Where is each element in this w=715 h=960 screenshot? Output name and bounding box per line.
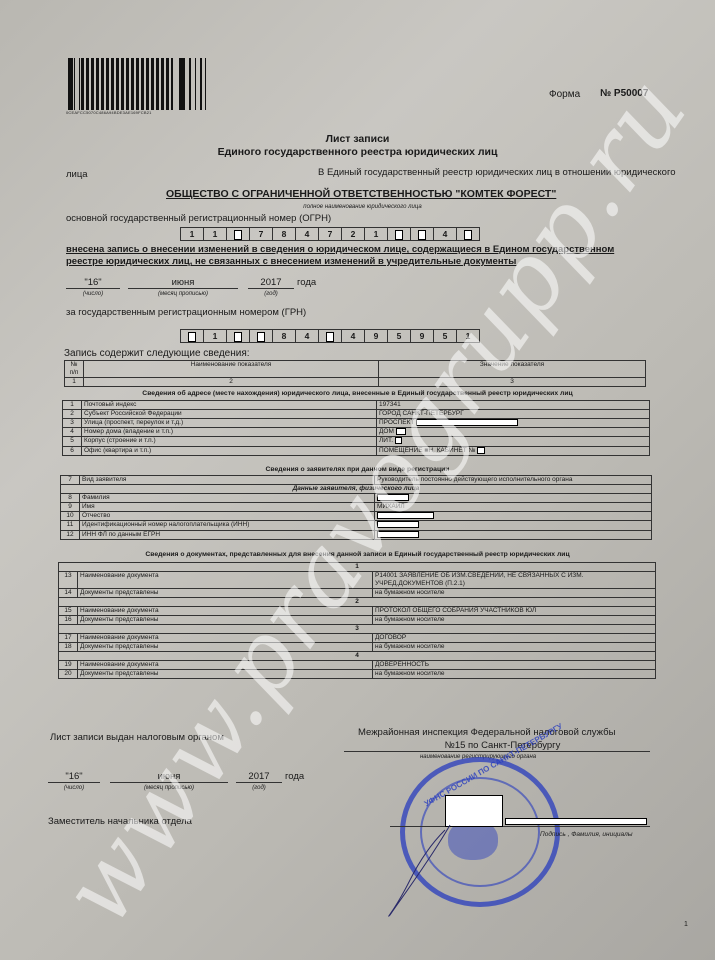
organization-name: ОБЩЕСТВО С ОГРАНИЧЕННОЙ ОТВЕТСТВЕННОСТЬЮ… [166, 188, 556, 200]
ogrn-boxes: 117847214 [180, 227, 480, 241]
row-number: 18 [59, 643, 78, 652]
redacted-digit [464, 230, 472, 240]
row-number: 13 [59, 572, 78, 589]
row-value: ДОГОВОР [373, 634, 656, 643]
entry-month: июня [128, 277, 238, 289]
entry-day: "16" [66, 277, 120, 289]
entry-day-caption: (число) [66, 291, 120, 297]
ogrn-digit [388, 228, 411, 240]
ogrn-digit: 1 [204, 228, 227, 240]
address-section-title: Сведения об адресе (месте нахождения) юр… [0, 390, 715, 397]
document-group-index: 3 [59, 625, 656, 634]
row-number: 11 [61, 521, 80, 530]
redacted-digit [234, 230, 242, 240]
row-label: Офис (квартира и т.п.) [82, 446, 377, 455]
row-label: Почтовый индекс [82, 401, 377, 410]
table-row: 17Наименование документаДОГОВОР [59, 634, 656, 643]
grn-digit: 1 [204, 330, 227, 342]
table-row: 20Документы представленына бумажном носи… [59, 670, 656, 679]
row-number: 12 [61, 530, 80, 539]
grn-digit [227, 330, 250, 342]
ogrn-digit [227, 228, 250, 240]
ogrn-digit: 4 [434, 228, 457, 240]
entry-month-caption: (месяц прописью) [128, 291, 238, 297]
signature-scribble-icon [380, 820, 460, 920]
ogrn-digit: 1 [181, 228, 204, 240]
ogrn-digit: 1 [365, 228, 388, 240]
grn-digit: 8 [273, 330, 296, 342]
row-number: 2 [63, 410, 82, 419]
ogrn-digit: 2 [342, 228, 365, 240]
row-value: на бумажном носителе [373, 589, 656, 598]
row-number: 5 [63, 437, 82, 446]
row-value: на бумажном носителе [373, 670, 656, 679]
ogrn-digit [457, 228, 479, 240]
table-row: 1Почтовый индекс197341 [63, 401, 650, 410]
barcode-text: 0CEAFCC5070C486A94BDE3AE169FCB21 [66, 110, 152, 115]
row-label: Улица (проспект, переулок и т.д.) [82, 419, 377, 428]
col-name-header: Наименование показателя [84, 361, 379, 378]
row-number: 16 [59, 616, 78, 625]
row-number: 19 [59, 661, 78, 670]
grn-label: за государственным регистрационным номер… [66, 307, 306, 318]
ogrn-digit: 7 [250, 228, 273, 240]
redacted-digit [188, 332, 196, 342]
redacted-digit [257, 332, 265, 342]
authority-name-line1: Межрайонная инспекция Федеральной налого… [358, 727, 615, 738]
redacted-digit [326, 332, 334, 342]
row-value: на бумажном носителе [373, 616, 656, 625]
row-value: ПРОТОКОЛ ОБЩЕГО СОБРАНИЯ УЧАСТНИКОВ ЮЛ [373, 607, 656, 616]
row-number: 10 [61, 512, 80, 521]
issue-year-caption: (год) [236, 785, 282, 791]
grn-digit: 9 [365, 330, 388, 342]
issue-day-caption: (число) [48, 785, 100, 791]
row-value: Р14001 ЗАЯВЛЕНИЕ ОБ ИЗМ.СВЕДЕНИЙ, НЕ СВЯ… [373, 572, 656, 589]
table-row: 18Документы представленына бумажном носи… [59, 643, 656, 652]
redacted-digit [418, 230, 426, 240]
grn-digit [250, 330, 273, 342]
ogrn-digit [411, 228, 434, 240]
row-number: 7 [61, 476, 80, 485]
grn-digit: 4 [342, 330, 365, 342]
row-number: 14 [59, 589, 78, 598]
col-number-header: № п/п [65, 361, 84, 378]
row-number: 17 [59, 634, 78, 643]
row-number: 15 [59, 607, 78, 616]
row-number: 8 [61, 494, 80, 503]
row-number: 4 [63, 428, 82, 437]
row-label: Корпус (строение и т.п.) [82, 437, 377, 446]
signature-caption: Подпись , Фамилия, инициалы [540, 831, 633, 838]
document-group-index: 4 [59, 652, 656, 661]
ogrn-digit: 8 [273, 228, 296, 240]
row-number: 20 [59, 670, 78, 679]
redacted-signer-name [505, 818, 647, 825]
ogrn-digit: 7 [319, 228, 342, 240]
row-number: 9 [61, 503, 80, 512]
row-number: 1 [63, 401, 82, 410]
entry-year-caption: (год) [248, 291, 294, 297]
authority-name-line2: №15 по Санкт-Петербургу [0, 740, 715, 751]
row-value: на бумажном носителе [373, 643, 656, 652]
entry-year: 2017 [248, 277, 294, 289]
table-row: 2Субъект Российской ФедерацииГОРОД САНКТ… [63, 410, 650, 419]
issue-year-suffix: года [285, 771, 304, 782]
authority-underline [344, 751, 650, 752]
table-row: 19Наименование документаДОВЕРЕННОСТЬ [59, 661, 656, 670]
ogrn-label: основной государственный регистрационный… [66, 213, 331, 224]
issue-day: "16" [48, 771, 100, 783]
redacted-digit [234, 332, 242, 342]
col-name-index: 2 [84, 378, 379, 387]
header-table: № п/п Наименование показателя Значение п… [64, 360, 646, 387]
row-label: Номер дома (владение и т.п.) [82, 428, 377, 437]
ogrn-digit: 4 [296, 228, 319, 240]
row-label: Субъект Российской Федерации [82, 410, 377, 419]
page-number: 1 [684, 921, 688, 928]
form-label: Форма [549, 89, 580, 100]
barcode [68, 58, 234, 110]
grn-digit: 4 [296, 330, 319, 342]
grn-digit [319, 330, 342, 342]
entry-year-suffix: года [297, 277, 316, 288]
intro-text-cont: лица [66, 169, 88, 180]
row-number: 3 [63, 419, 82, 428]
grn-digit: 5 [388, 330, 411, 342]
row-value: ДОВЕРЕННОСТЬ [373, 661, 656, 670]
grn-digit [181, 330, 204, 342]
redacted-digit [395, 230, 403, 240]
col-number-index: 1 [65, 378, 84, 387]
row-number: 6 [63, 446, 82, 455]
contains-label: Запись содержит следующие сведения: [64, 348, 250, 359]
document-page: 0CEAFCC5070C486A94BDE3AE169FCB21 Форма №… [0, 0, 715, 960]
